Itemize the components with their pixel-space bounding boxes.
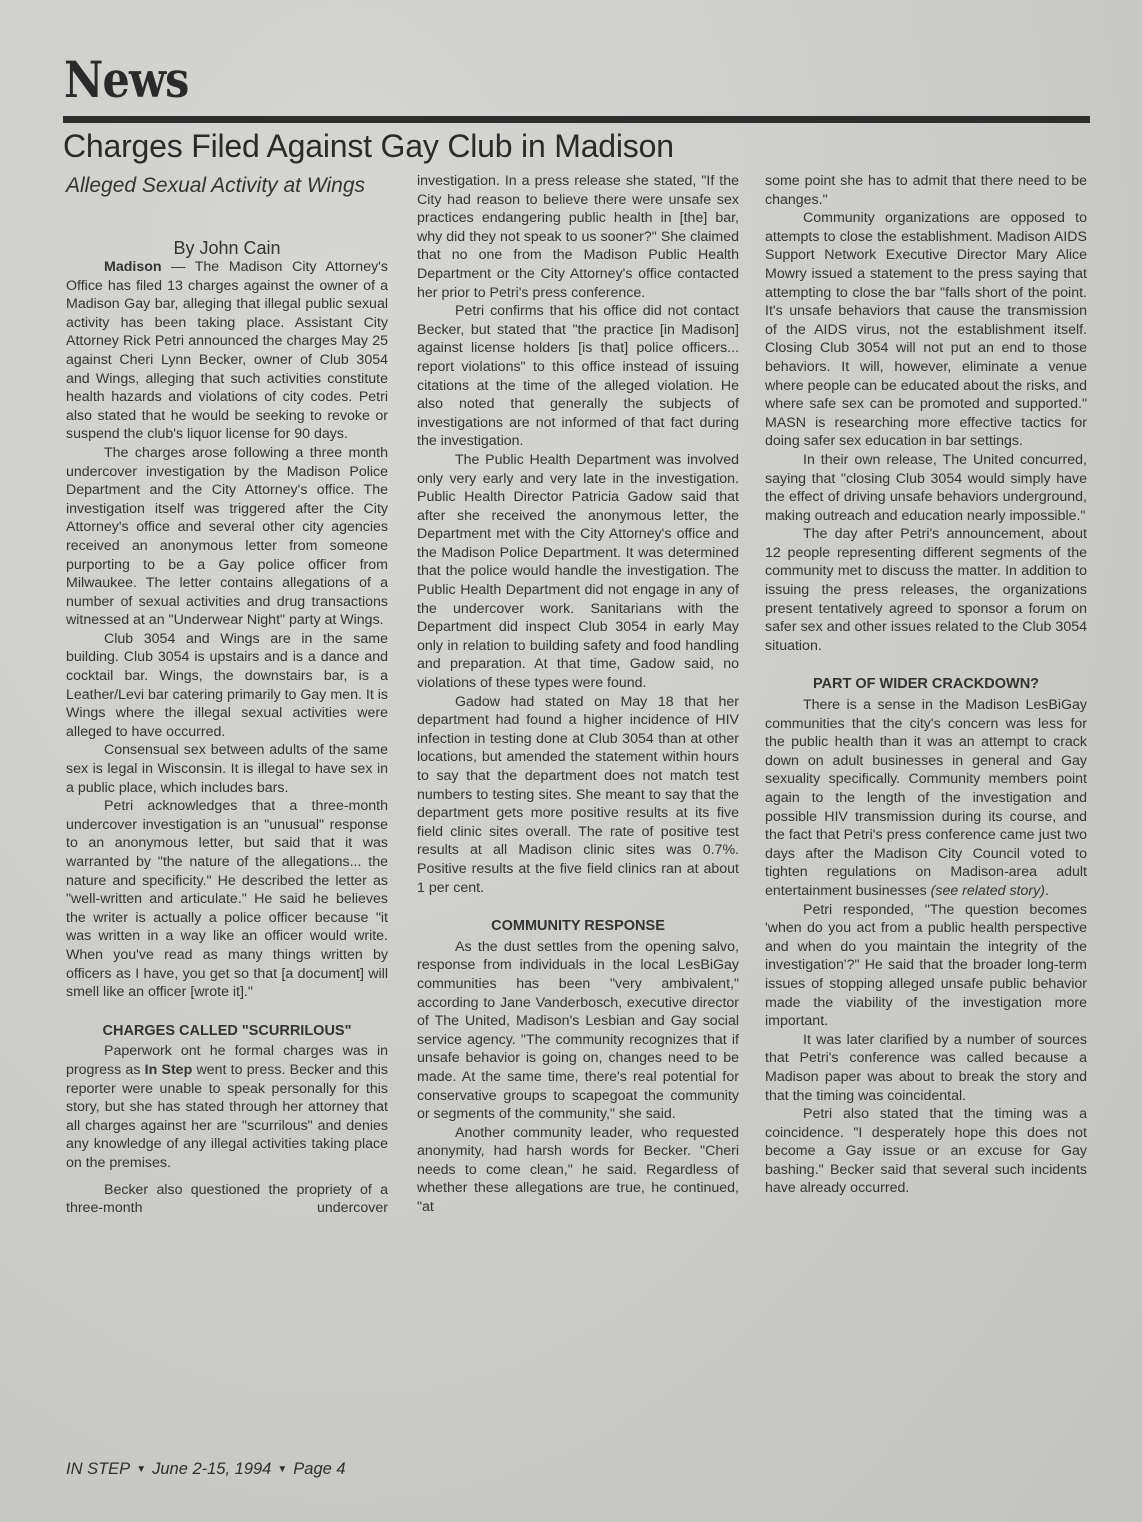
publication-name: In Step bbox=[145, 1062, 193, 1078]
paragraph: Gadow had stated on May 18 that her depa… bbox=[417, 693, 739, 898]
section-rule bbox=[63, 116, 1090, 123]
paragraph: Becker also questioned the propriety of … bbox=[66, 1181, 388, 1218]
paragraph: Community organizations are opposed to a… bbox=[765, 209, 1087, 451]
footer-date: June 2-15, 1994 bbox=[152, 1460, 271, 1478]
related-story-reference: (see related story) bbox=[931, 883, 1045, 899]
paragraph: It was later clarified by a number of so… bbox=[765, 1031, 1087, 1105]
paragraph: Petri responded, "The question becomes '… bbox=[765, 901, 1087, 1031]
paragraph: Club 3054 and Wings are in the same buil… bbox=[66, 630, 388, 742]
newspaper-page: News Charges Filed Against Gay Club in M… bbox=[0, 0, 1142, 1522]
article-column-2: investigation. In a press release she st… bbox=[417, 172, 739, 1217]
footer-publication: IN STEP bbox=[66, 1460, 130, 1478]
paragraph: Paperwork ont he formal charges was in p… bbox=[66, 1042, 388, 1172]
section-heading: COMMUNITY RESPONSE bbox=[417, 917, 739, 936]
triangle-separator-icon: ▼ bbox=[277, 1464, 287, 1475]
paragraph: Madison — The Madison City Attorney's Of… bbox=[66, 258, 388, 444]
section-heading: PART OF WIDER CRACKDOWN? bbox=[765, 675, 1087, 694]
paragraph: The Public Health Department was involve… bbox=[417, 451, 739, 693]
paragraph: Another community leader, who requested … bbox=[417, 1124, 739, 1217]
paragraph: Consensual sex between adults of the sam… bbox=[66, 741, 388, 797]
article-column-3: some point she has to admit that there n… bbox=[765, 172, 1087, 1198]
triangle-separator-icon: ▼ bbox=[136, 1464, 146, 1475]
paragraph: Petri also stated that the timing was a … bbox=[765, 1105, 1087, 1198]
paragraph: Petri acknowledges that a three-month un… bbox=[66, 797, 388, 1002]
paragraph: some point she has to admit that there n… bbox=[765, 172, 1087, 209]
page-footer: IN STEP▼June 2-15, 1994▼Page 4 bbox=[66, 1460, 346, 1479]
dateline: Madison bbox=[104, 259, 162, 275]
paragraph: There is a sense in the Madison LesBiGay… bbox=[765, 696, 1087, 901]
headline: Charges Filed Against Gay Club in Madiso… bbox=[63, 124, 674, 168]
paragraph: Petri confirms that his office did not c… bbox=[417, 302, 739, 451]
section-title: News bbox=[64, 50, 188, 110]
paragraph: As the dust settles from the opening sal… bbox=[417, 938, 739, 1124]
paragraph: The charges arose following a three mont… bbox=[66, 444, 388, 630]
section-heading: CHARGES CALLED "SCURRILOUS" bbox=[66, 1022, 388, 1041]
article-column-1: By John Cain Madison — The Madison City … bbox=[66, 238, 388, 1218]
paragraph: investigation. In a press release she st… bbox=[417, 172, 739, 302]
footer-page-number: Page 4 bbox=[293, 1460, 345, 1478]
subhead: Alleged Sexual Activity at Wings bbox=[66, 174, 386, 198]
paragraph: In their own release, The United concurr… bbox=[765, 451, 1087, 525]
paragraph: The day after Petri's announcement, abou… bbox=[765, 525, 1087, 655]
byline: By John Cain bbox=[66, 238, 388, 258]
